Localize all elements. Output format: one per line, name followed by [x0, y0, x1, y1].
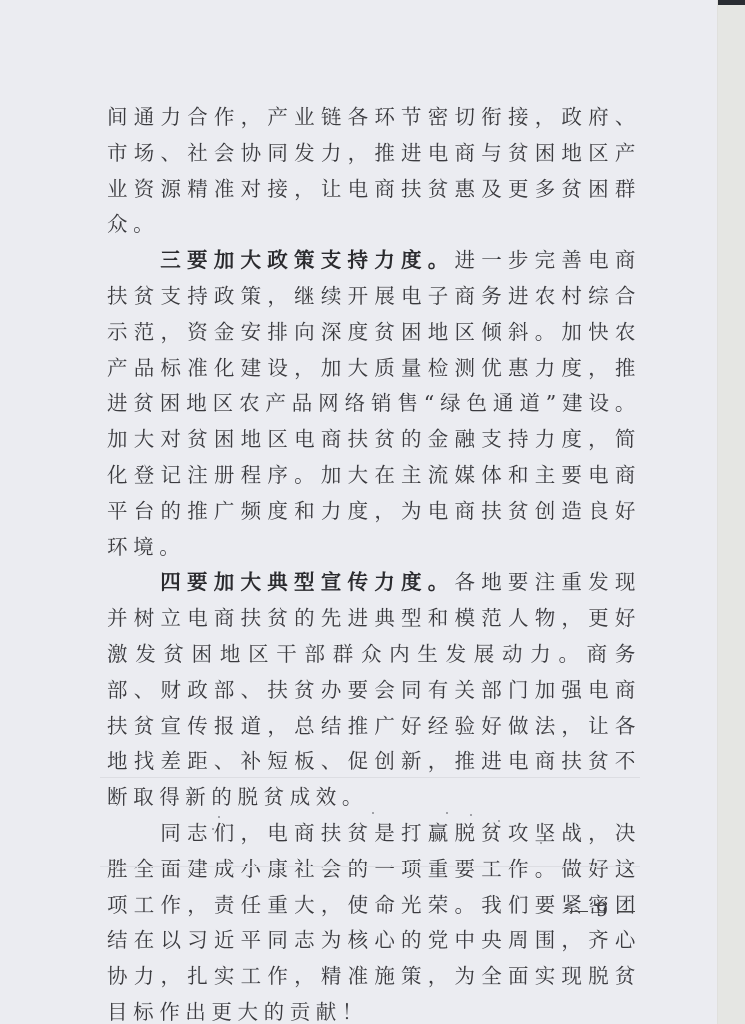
scan-speck — [540, 842, 542, 844]
scan-speck — [218, 816, 220, 818]
document-page: 间通力合作，产业链各环节密切衔接，政府、市场、社会协同发力，推进电商与贫困地区产… — [0, 0, 745, 1024]
scan-speck — [470, 814, 472, 816]
scan-edge-strip — [717, 0, 745, 1024]
dash-right — [617, 911, 635, 912]
dash-left — [570, 911, 588, 912]
page-number: 9 — [562, 899, 643, 921]
scan-speck — [270, 833, 272, 835]
scan-speck — [472, 826, 474, 828]
page-number-value: 9 — [596, 899, 609, 921]
paragraph-text: 进一步完善电商扶贫支持政策，继续开展电子商务进农村综合示范，资金安排向深度贫困地… — [107, 248, 641, 558]
paragraph-continuation: 间通力合作，产业链各环节密切衔接，政府、市场、社会协同发力，推进电商与贫困地区产… — [107, 100, 641, 243]
scan-speck — [372, 812, 374, 814]
scan-edge-corner — [718, 0, 745, 5]
document-body: 间通力合作，产业链各环节密切衔接，政府、市场、社会协同发力，推进电商与贫困地区产… — [107, 100, 641, 1024]
bleed-through-area — [100, 777, 640, 867]
paragraph-text: 各地要注重发现并树立电商扶贫的先进典型和模范人物，更好激发贫困地区干部群众内生发… — [107, 570, 641, 809]
paragraph-lead: 三要加大政策支持力度。 — [160, 248, 454, 272]
paragraph-policy-support: 三要加大政策支持力度。进一步完善电商扶贫支持政策，继续开展电子商务进农村综合示范… — [107, 243, 641, 565]
paragraph-text: 间通力合作，产业链各环节密切衔接，政府、市场、社会协同发力，推进电商与贫困地区产… — [107, 105, 641, 236]
scan-speck — [412, 828, 414, 830]
paragraph-lead: 四要加大典型宣传力度。 — [160, 570, 454, 594]
scan-speck — [212, 828, 214, 830]
scan-speck — [498, 820, 500, 822]
scan-speck — [446, 812, 448, 814]
scan-speck — [416, 838, 418, 840]
scan-speck — [222, 830, 224, 832]
